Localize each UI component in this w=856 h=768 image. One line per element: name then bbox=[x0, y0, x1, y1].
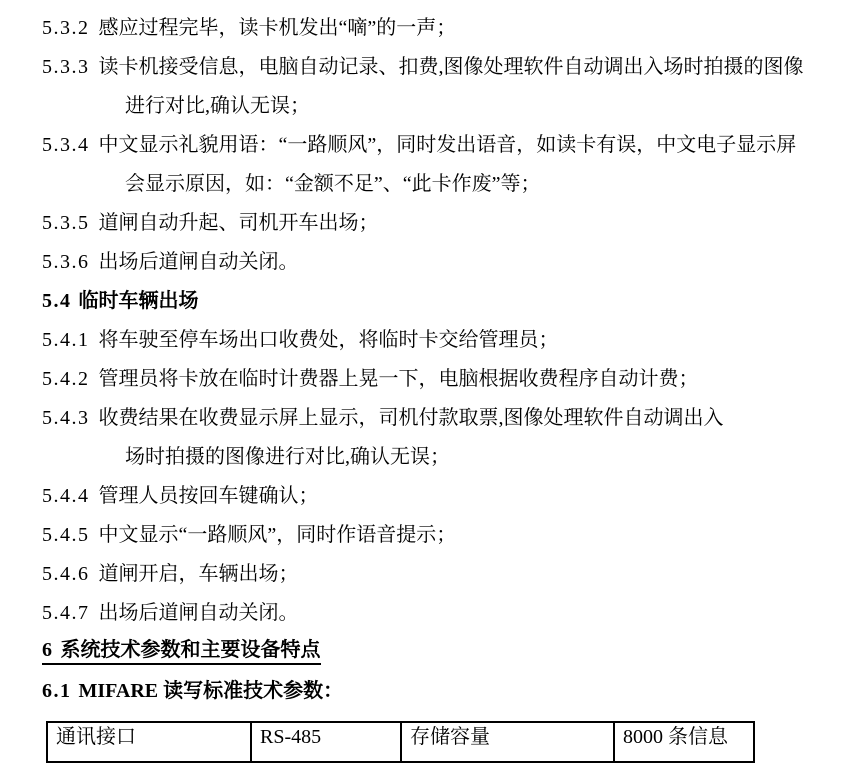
line-5-4-2: 5.4.2 管理员将卡放在临时计费器上晃一下，电脑根据收费程序自动计费； bbox=[42, 359, 820, 398]
heading-number: 6.1 bbox=[42, 679, 72, 703]
document-page: 5.3.2 感应过程完毕，读卡机发出“嘀”的一声； 5.3.3 读卡机接受信息，… bbox=[0, 0, 856, 768]
item-number: 5.4.1 bbox=[42, 328, 90, 352]
heading-text: 临时车辆出场 bbox=[79, 289, 199, 313]
line-5-4-6: 5.4.6 道闸开启，车辆出场； bbox=[42, 554, 820, 593]
item-text: 收费结果在收费显示屏上显示，司机付款取票,图像处理软件自动调出入 bbox=[99, 406, 724, 430]
item-text: 中文显示礼貌用语：“一路顺风”，同时发出语音，如读卡有误，中文电子显示屏 bbox=[99, 133, 797, 157]
item-text: 读卡机接受信息，电脑自动记录、扣费,图像处理软件自动调出入场时拍摄的图像 bbox=[99, 55, 804, 79]
item-text: 道闸自动升起、司机开车出场； bbox=[99, 211, 379, 235]
item-number: 5.4.2 bbox=[42, 367, 90, 391]
item-text: 出场后道闸自动关闭。 bbox=[99, 601, 299, 625]
item-number: 5.4.4 bbox=[42, 484, 90, 508]
item-text: 会显示原因，如：“金额不足”、“此卡作废”等； bbox=[125, 172, 541, 196]
line-5-3-5: 5.3.5 道闸自动升起、司机开车出场； bbox=[42, 203, 820, 242]
line-5-3-4: 5.3.4 中文显示礼貌用语：“一路顺风”，同时发出语音，如读卡有误，中文电子显… bbox=[42, 125, 820, 164]
line-5-4-3-continuation: 场时拍摄的图像进行对比,确认无误； bbox=[42, 437, 820, 476]
line-5-3-3: 5.3.3 读卡机接受信息，电脑自动记录、扣费,图像处理软件自动调出入场时拍摄的… bbox=[42, 47, 820, 86]
line-5-4-3: 5.4.3 收费结果在收费显示屏上显示，司机付款取票,图像处理软件自动调出入 bbox=[42, 398, 820, 437]
item-text: 管理人员按回车键确认； bbox=[99, 484, 319, 508]
item-text: 中文显示“一路顺风”，同时作语音提示； bbox=[99, 523, 457, 547]
item-number: 5.4.5 bbox=[42, 523, 90, 547]
heading-text: 系统技术参数和主要设备特点 bbox=[61, 638, 321, 662]
spec-table-row: 通讯接口 RS-485 存储容量 8000 条信息 bbox=[47, 722, 754, 762]
item-text: 感应过程完毕，读卡机发出“嘀”的一声； bbox=[99, 16, 457, 40]
line-5-3-3-continuation: 进行对比,确认无误； bbox=[42, 86, 820, 125]
item-number: 5.4.3 bbox=[42, 406, 90, 430]
item-number: 5.3.6 bbox=[42, 250, 90, 274]
spec-cell-storage-label: 存储容量 bbox=[401, 722, 614, 762]
line-5-4-7: 5.4.7 出场后道闸自动关闭。 bbox=[42, 593, 820, 632]
item-text: 出场后道闸自动关闭。 bbox=[99, 250, 299, 274]
line-5-3-4-continuation: 会显示原因，如：“金额不足”、“此卡作废”等； bbox=[42, 164, 820, 203]
spec-table: 通讯接口 RS-485 存储容量 8000 条信息 bbox=[46, 721, 755, 763]
item-number: 5.4.6 bbox=[42, 562, 90, 586]
spec-cell-comm-interface-value: RS-485 bbox=[251, 722, 401, 762]
item-number: 5.3.5 bbox=[42, 211, 90, 235]
item-number: 5.3.3 bbox=[42, 55, 90, 79]
heading-6: 6 系统技术参数和主要设备特点 bbox=[42, 632, 820, 671]
heading-5-4: 5.4 临时车辆出场 bbox=[42, 281, 820, 320]
item-text: 管理员将卡放在临时计费器上晃一下，电脑根据收费程序自动计费； bbox=[99, 367, 699, 391]
line-5-4-5: 5.4.5 中文显示“一路顺风”，同时作语音提示； bbox=[42, 515, 820, 554]
heading-6-1: 6.1 MIFARE 读写标准技术参数： bbox=[42, 671, 820, 710]
item-text: 场时拍摄的图像进行对比,确认无误； bbox=[125, 445, 450, 469]
line-5-3-2: 5.3.2 感应过程完毕，读卡机发出“嘀”的一声； bbox=[42, 8, 820, 47]
item-text: 进行对比,确认无误； bbox=[125, 94, 310, 118]
line-5-3-6: 5.3.6 出场后道闸自动关闭。 bbox=[42, 242, 820, 281]
item-number: 5.3.2 bbox=[42, 16, 90, 40]
heading-underline-wrap: 6 系统技术参数和主要设备特点 bbox=[42, 638, 321, 665]
item-number: 5.4.7 bbox=[42, 601, 90, 625]
heading-text: MIFARE 读写标准技术参数： bbox=[79, 679, 344, 703]
document-content: 5.3.2 感应过程完毕，读卡机发出“嘀”的一声； 5.3.3 读卡机接受信息，… bbox=[0, 0, 856, 763]
line-5-4-4: 5.4.4 管理人员按回车键确认； bbox=[42, 476, 820, 515]
item-text: 将车驶至停车场出口收费处，将临时卡交给管理员； bbox=[99, 328, 559, 352]
item-number: 5.3.4 bbox=[42, 133, 90, 157]
heading-number: 5.4 bbox=[42, 289, 72, 313]
heading-number: 6 bbox=[42, 638, 54, 662]
line-5-4-1: 5.4.1 将车驶至停车场出口收费处，将临时卡交给管理员； bbox=[42, 320, 820, 359]
spec-cell-comm-interface-label: 通讯接口 bbox=[47, 722, 251, 762]
spec-cell-storage-value: 8000 条信息 bbox=[614, 722, 754, 762]
item-text: 道闸开启，车辆出场； bbox=[99, 562, 299, 586]
